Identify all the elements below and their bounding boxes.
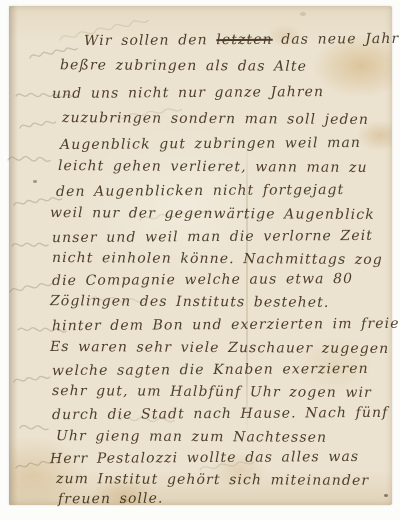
- line1-after: das neue Jahr: [273, 31, 400, 48]
- letter-line: hinter dem Bon und exerzierten im freien: [52, 316, 400, 334]
- letter-line: weil nur der gegenwärtige Augenblick: [50, 205, 375, 223]
- letter-line: zum Institut gehört sich miteinander: [56, 471, 369, 489]
- letter-line: Wir sollen den letzten das neue Jahr: [84, 31, 399, 49]
- letter-line: sehr gut, um Halbfünf Uhr zogen wir: [52, 383, 372, 401]
- struck-word: letzten: [216, 32, 273, 48]
- letter-line: die Compagnie welche aus etwa 80: [52, 271, 353, 289]
- letter-line: leicht gehen verlieret, wann man zu: [58, 158, 368, 176]
- letter-line: nicht einholen könne. Nachmittags zog: [52, 250, 383, 268]
- letter-line: freuen solle.: [58, 491, 164, 508]
- letter-body: Wir sollen den letzten das neue Jahr beß…: [0, 0, 400, 520]
- letter-line: beßre zubringen als das Alte: [60, 57, 307, 75]
- letter-line: Uhr gieng man zum Nachtessen: [56, 428, 327, 446]
- letter-line: unser und weil man die verlorne Zeit: [52, 228, 373, 246]
- letter-line: Es waren sehr viele Zuschauer zugegen: [50, 339, 389, 357]
- letter-line: und uns nicht nur ganze Jahren: [52, 84, 324, 102]
- letter-line: Augenblick gut zubringen weil man: [60, 135, 361, 153]
- letter-line: zuzubringen sondern man soll jeden: [62, 110, 369, 128]
- letter-line: den Augenblicken nicht fortgejagt: [56, 182, 344, 200]
- line1-before: Wir sollen den: [84, 32, 216, 49]
- letter-line: Herr Pestalozzi wollte das alles was: [50, 449, 359, 467]
- letter-line: welche sagten die Knaben exerzieren: [52, 361, 369, 379]
- letter-line: Zöglingen des Instituts bestehet.: [50, 293, 330, 311]
- letter-line: durch die Stadt nach Hause. Nach fünf: [52, 405, 388, 423]
- scanned-letter-page: Wir sollen den letzten das neue Jahr beß…: [0, 0, 400, 520]
